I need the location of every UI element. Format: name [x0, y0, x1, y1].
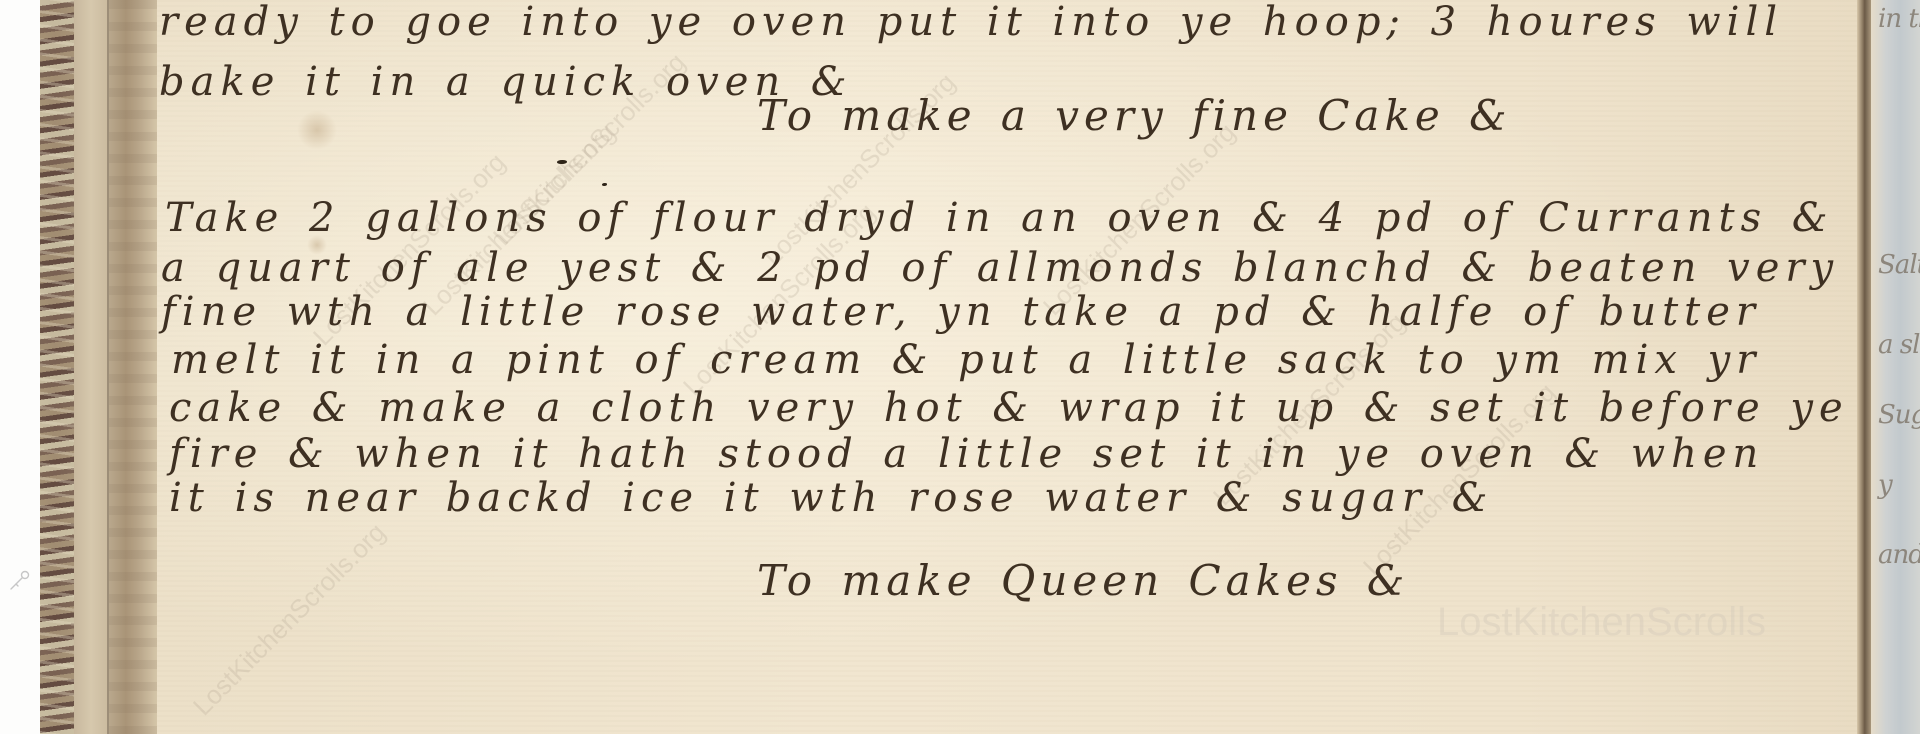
next-page-fragment: Sugar — [1878, 400, 1920, 430]
next-page-edge — [1871, 0, 1920, 734]
recipe-line: melt it in a pint of cream & put a littl… — [171, 340, 1761, 380]
recipe-line: Take 2 gallons of flour dryd in an oven … — [165, 198, 1833, 238]
next-page-fragment: Salt — [1878, 250, 1920, 280]
pin-icon[interactable] — [8, 568, 32, 592]
text-line: bake it in a quick oven & — [159, 62, 852, 102]
recipe-line: fine wth a little rose water, yn take a … — [161, 292, 1761, 332]
ink-blot — [557, 160, 567, 164]
watermark-footer: LostKitchenScrolls — [1437, 600, 1766, 645]
recipe-title: To make Queen Cakes & — [757, 560, 1409, 602]
watermark: LostKitchenScrolls.org — [187, 517, 392, 722]
recipe-line: fire & when it hath stood a little set i… — [169, 434, 1764, 474]
paper-stain — [297, 110, 337, 150]
ink-blot — [602, 183, 607, 186]
manuscript-page: LostKitchenScrolls.org LostKitchenScroll… — [157, 0, 1857, 734]
recipe-line: a quart of ale yest & 2 pd of allmonds b… — [161, 248, 1839, 288]
book-gutter — [74, 0, 108, 734]
manuscript-viewer: LostKitchenScrolls.org LostKitchenScroll… — [0, 0, 1920, 734]
book-spine-fold — [109, 0, 157, 734]
page-edge — [1857, 0, 1871, 734]
marbled-binding-edge — [40, 0, 75, 734]
next-page-fragment: a slo — [1878, 330, 1920, 360]
left-margin — [0, 0, 44, 734]
recipe-line: cake & make a cloth very hot & wrap it u… — [169, 388, 1849, 428]
recipe-title: To make a very fine Cake & — [757, 95, 1512, 137]
next-page-fragment: in th — [1878, 4, 1920, 34]
recipe-line: it is near backd ice it wth rose water &… — [169, 478, 1493, 518]
next-page-fragment: and — [1878, 540, 1920, 570]
next-page-fragment: y — [1878, 470, 1892, 500]
text-line: ready to goe into ye oven put it into ye… — [159, 2, 1783, 42]
